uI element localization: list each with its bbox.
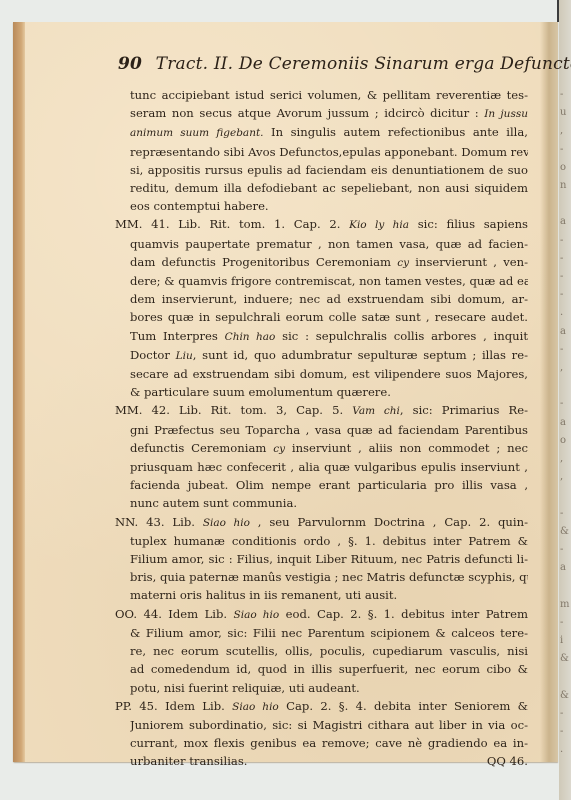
text-run: & Filium amor, sic: Filii nec Parentum s… bbox=[130, 626, 528, 640]
text-run: si, appositis rursus epulis ad faciendam… bbox=[130, 163, 528, 177]
text-line: quamvis paupertate prematur , non tamen … bbox=[130, 235, 528, 253]
text-run: dere; & quamvis frigore contremiscat, no… bbox=[130, 274, 528, 288]
text-run: & particulare suum emolumentum quærere. bbox=[130, 385, 391, 399]
text-line: dam defunctis Progenitoribus Ceremoniam … bbox=[130, 253, 528, 272]
italic-term: cy bbox=[397, 257, 409, 269]
text-line: Juniorem subordinatio, sic: si Magistri … bbox=[130, 716, 528, 734]
text-run: currant, mox flexis genibus ea remove; c… bbox=[130, 736, 528, 750]
bleed-char: a bbox=[560, 323, 571, 341]
bleed-char: - bbox=[560, 614, 571, 632]
text-run: bores quæ in sepulchrali eorum colle sat… bbox=[130, 310, 528, 324]
text-line: & Filium amor, sic: Filii nec Parentum s… bbox=[130, 624, 528, 642]
text-line: & particulare suum emolumentum quærere. bbox=[130, 383, 528, 401]
text-line: gni Præfectus seu Toparcha , vasa quæ ad… bbox=[130, 421, 528, 439]
bleed-char: n bbox=[560, 177, 571, 195]
bleed-char: - bbox=[560, 268, 571, 286]
italic-term: Siao hio bbox=[232, 701, 279, 713]
bleed-char bbox=[560, 669, 571, 687]
italic-term: Kio ly hia bbox=[349, 219, 409, 231]
bleed-char: - bbox=[560, 541, 571, 559]
text-run: sic: filius sapiens bbox=[409, 217, 528, 231]
running-header: 90 Tract. II. De Ceremoniis Sinarum erga… bbox=[118, 54, 571, 74]
text-run: eos contemptui habere. bbox=[130, 199, 269, 213]
bleed-char bbox=[560, 377, 571, 395]
text-line: eos contemptui habere. bbox=[130, 197, 528, 215]
text-line: tunc accipiebant istud serici volumen, &… bbox=[130, 86, 528, 104]
bleed-char: , bbox=[560, 468, 571, 486]
text-run: Cap. 2. §. 4. debita inter Seniorem & bbox=[279, 699, 528, 713]
text-line: Tum Interpres Chin hao sic : sepulchrali… bbox=[130, 327, 528, 346]
text-line: repræsentando sibi Avos Defunctos,epulas… bbox=[130, 143, 528, 161]
running-title: Tract. II. De Ceremoniis Sinarum erga De… bbox=[156, 54, 571, 74]
bleed-char: - bbox=[560, 86, 571, 104]
page-gutter bbox=[540, 22, 558, 762]
text-run: ad comedendum id, quod in illis superfue… bbox=[130, 662, 528, 676]
bleed-char: . bbox=[560, 741, 571, 759]
italic-term: Liu bbox=[176, 350, 193, 362]
bleed-char bbox=[560, 577, 571, 595]
text-line: potu, nisi fuerint reliquiæ, uti audeant… bbox=[130, 679, 528, 697]
text-run: quamvis paupertate prematur , non tamen … bbox=[130, 237, 528, 251]
text-line: reditu, demum illa defodiebant ac sepeli… bbox=[130, 179, 528, 197]
text-line: si, appositis rursus epulis ad faciendam… bbox=[130, 161, 528, 179]
bleed-char bbox=[560, 486, 571, 504]
text-run: defunctis Ceremoniam bbox=[130, 441, 273, 455]
text-run: , sunt id, quo adumbratur sepulturæ sept… bbox=[193, 348, 528, 362]
text-run: In singulis autem refectionibus ante ill… bbox=[264, 125, 528, 139]
text-run: OO. 44. Idem Lib. bbox=[115, 607, 234, 621]
bleed-char: o bbox=[560, 432, 571, 450]
text-run: bris, quia paternæ manûs vestigia ; nec … bbox=[130, 570, 528, 584]
text-run: Tum Interpres bbox=[130, 329, 225, 343]
text-run: Doctor bbox=[130, 348, 176, 362]
text-run: dam defunctis Progenitoribus Ceremoniam bbox=[130, 255, 397, 269]
bleed-char: & bbox=[560, 687, 571, 705]
body-text: tunc accipiebant istud serici volumen, &… bbox=[130, 86, 528, 771]
text-run: gni Præfectus seu Toparcha , vasa quæ ad… bbox=[130, 423, 528, 437]
bleed-char: a bbox=[560, 414, 571, 432]
text-line: secare ad exstruendam sibi domum, est vi… bbox=[130, 365, 528, 383]
bleed-char: - bbox=[560, 705, 571, 723]
text-run: MM. 42. Lib. Rit. tom. 3, Cap. 5. bbox=[115, 403, 352, 417]
bleed-char bbox=[560, 195, 571, 213]
text-run: PP. 45. Idem Lib. bbox=[115, 699, 232, 713]
bleed-char: i bbox=[560, 632, 571, 650]
text-run: Filium amor, sic : Filius, inquit Liber … bbox=[130, 552, 528, 566]
bleed-char: . bbox=[560, 304, 571, 322]
entry-first-line: MM. 42. Lib. Rit. tom. 3, Cap. 5. Vam ch… bbox=[115, 401, 528, 420]
text-run: tunc accipiebant istud serici volumen, &… bbox=[130, 88, 528, 102]
text-line: currant, mox flexis genibus ea remove; c… bbox=[130, 734, 528, 752]
italic-term: In jussu bbox=[484, 108, 528, 120]
italic-term: Siao hio bbox=[234, 609, 280, 621]
page-edge-left bbox=[13, 22, 25, 762]
italic-term: Chin hao bbox=[225, 331, 276, 343]
bleed-char: , bbox=[560, 450, 571, 468]
bleed-char: & bbox=[560, 523, 571, 541]
bleed-char: - bbox=[560, 141, 571, 159]
bleed-char: - bbox=[560, 723, 571, 741]
text-line: seram non secus atque Avorum jussum ; id… bbox=[130, 104, 528, 123]
text-line: dem inservierunt, induere; nec ad exstru… bbox=[130, 290, 528, 308]
text-run: inserviunt , aliis non commodet ; nec bbox=[285, 441, 528, 455]
entry-first-line: MM. 41. Lib. Rit. tom. 1. Cap. 2. Kio ly… bbox=[115, 215, 528, 234]
text-run: inservierunt , ven- bbox=[409, 255, 528, 269]
bleed-char: & bbox=[560, 650, 571, 668]
text-run: MM. 41. Lib. Rit. tom. 1. Cap. 2. bbox=[115, 217, 349, 231]
text-line: animum suum figebant. In singulis autem … bbox=[130, 123, 528, 142]
bleed-char: - bbox=[560, 395, 571, 413]
text-run: reditu, demum illa defodiebant ac sepeli… bbox=[130, 181, 528, 195]
text-line: facienda jubeat. Olim nempe erant partic… bbox=[130, 476, 528, 494]
text-run: facienda jubeat. Olim nempe erant partic… bbox=[130, 478, 528, 492]
text-line: Filium amor, sic : Filius, inquit Liber … bbox=[130, 550, 528, 568]
bleed-char: , bbox=[560, 359, 571, 377]
text-run: materni oris halitus in iis remanent, ut… bbox=[130, 588, 397, 602]
bleed-char: , bbox=[560, 122, 571, 140]
text-line: bores quæ in sepulchrali eorum colle sat… bbox=[130, 308, 528, 326]
text-run: potu, nisi fuerint reliquiæ, uti audeant… bbox=[130, 681, 360, 695]
text-line: ad comedendum id, quod in illis superfue… bbox=[130, 660, 528, 678]
text-run: tuplex humanæ conditionis ordo , §. 1. d… bbox=[130, 534, 528, 548]
bleed-char: a bbox=[560, 559, 571, 577]
text-run: re, nec eorum scutellis, ollis, poculis,… bbox=[130, 644, 528, 658]
page-number: 90 bbox=[118, 54, 142, 74]
bleed-char: - bbox=[560, 232, 571, 250]
text-run: , seu Parvulornm Doctrina , Cap. 2. quin… bbox=[250, 515, 528, 529]
italic-term: animum suum figebant. bbox=[130, 127, 264, 139]
text-run: priusquam hæc confecerit , alia quæ vulg… bbox=[130, 460, 528, 474]
text-line: Doctor Liu, sunt id, quo adumbratur sepu… bbox=[130, 346, 528, 365]
text-line: materni oris halitus in iis remanent, ut… bbox=[130, 586, 528, 604]
text-run: eod. Cap. 2. §. 1. debitus inter Patrem bbox=[279, 607, 528, 621]
book-spine-edge bbox=[557, 0, 559, 22]
entry-first-line: PP. 45. Idem Lib. Siao hio Cap. 2. §. 4.… bbox=[115, 697, 528, 716]
adjacent-page-bleed-text: -u,-on a----.a-, -ao,, -&-a m-i& &--. bbox=[560, 86, 571, 760]
bleed-char: m bbox=[560, 596, 571, 614]
entry-first-line: NN. 43. Lib. Siao hio , seu Parvulornm D… bbox=[115, 513, 528, 532]
italic-term: Vam chi bbox=[352, 405, 400, 417]
catchword: QQ 46. bbox=[487, 752, 528, 770]
text-line: nunc autem sunt communia. bbox=[130, 494, 528, 512]
text-run: , sic: Primarius Re- bbox=[400, 403, 528, 417]
text-line: urbaniter transilias.QQ 46. bbox=[130, 752, 528, 770]
text-run: NN. 43. Lib. bbox=[115, 515, 203, 529]
text-run: nunc autem sunt communia. bbox=[130, 496, 297, 510]
text-run: Juniorem subordinatio, sic: si Magistri … bbox=[130, 718, 528, 732]
italic-term: cy bbox=[273, 443, 285, 455]
bleed-char: - bbox=[560, 505, 571, 523]
text-run: secare ad exstruendam sibi domum, est vi… bbox=[130, 367, 528, 381]
text-run: sic : sepulchralis collis arbores , inqu… bbox=[275, 329, 528, 343]
text-line: priusquam hæc confecerit , alia quæ vulg… bbox=[130, 458, 528, 476]
bleed-char: - bbox=[560, 250, 571, 268]
bleed-char: o bbox=[560, 159, 571, 177]
text-line: defunctis Ceremoniam cy inserviunt , ali… bbox=[130, 439, 528, 458]
text-line: dere; & quamvis frigore contremiscat, no… bbox=[130, 272, 528, 290]
entry-first-line: OO. 44. Idem Lib. Siao hio eod. Cap. 2. … bbox=[115, 605, 528, 624]
text-line: bris, quia paternæ manûs vestigia ; nec … bbox=[130, 568, 528, 586]
text-run: urbaniter transilias. bbox=[130, 754, 247, 768]
bleed-char: - bbox=[560, 341, 571, 359]
text-line: re, nec eorum scutellis, ollis, poculis,… bbox=[130, 642, 528, 660]
italic-term: Siao hio bbox=[203, 517, 250, 529]
text-run: repræsentando sibi Avos Defunctos,epulas… bbox=[130, 145, 528, 159]
bleed-char: a bbox=[560, 213, 571, 231]
bleed-char: - bbox=[560, 286, 571, 304]
text-run: seram non secus atque Avorum jussum ; id… bbox=[130, 106, 484, 120]
text-line: tuplex humanæ conditionis ordo , §. 1. d… bbox=[130, 532, 528, 550]
bleed-char: u bbox=[560, 104, 571, 122]
text-run: dem inservierunt, induere; nec ad exstru… bbox=[130, 292, 528, 306]
